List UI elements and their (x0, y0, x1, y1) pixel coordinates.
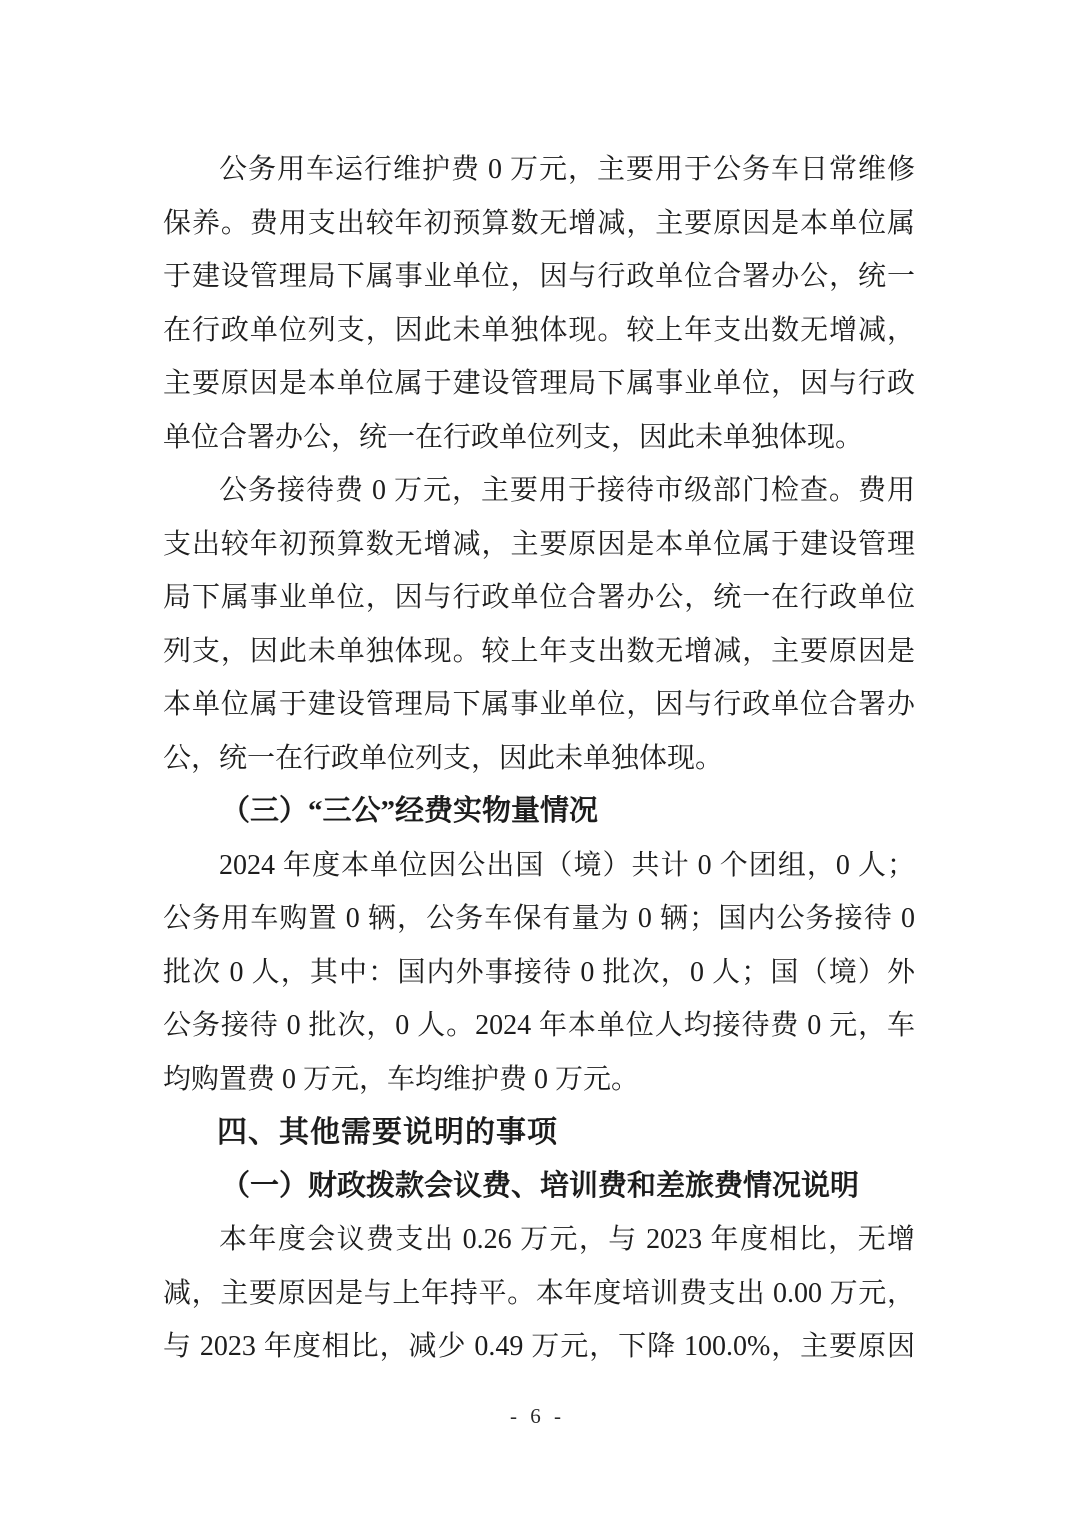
text-line: 本单位属于建设管理局下属事业单位，因与行政单位合署办 (163, 678, 915, 732)
text-line: 在行政单位列支，因此未单独体现。较上年支出数无增减， (163, 304, 915, 358)
document-page: 公务用车运行维护费 0 万元，主要用于公务车日常维修 保养。费用支出较年初预算数… (0, 0, 1075, 1520)
section-heading-meeting-training-travel-fees: （一）财政拨款会议费、培训费和差旅费情况说明 (163, 1160, 915, 1214)
text-line: 支出较年初预算数无增减，主要原因是本单位属于建设管理 (163, 518, 915, 572)
page-number: - 6 - (0, 1404, 1075, 1429)
text-line: 于建设管理局下属事业单位，因与行政单位合署办公，统一 (163, 250, 915, 304)
text-line: 单位合署办公，统一在行政单位列支，因此未单独体现。 (163, 411, 915, 465)
document-body: 公务用车运行维护费 0 万元，主要用于公务车日常维修 保养。费用支出较年初预算数… (163, 143, 915, 1374)
text-line: 与 2023 年度相比，减少 0.49 万元，下降 100.0%，主要原因 (163, 1320, 915, 1374)
text-line: 公，统一在行政单位列支，因此未单独体现。 (163, 732, 915, 786)
text-line: 公务用车购置 0 辆，公务车保有量为 0 辆；国内公务接待 0 (163, 892, 915, 946)
text-line: 本年度会议费支出 0.26 万元，与 2023 年度相比，无增 (163, 1213, 915, 1267)
section-heading-other-matters: 四、其他需要说明的事项 (163, 1106, 915, 1160)
text-line: 公务接待费 0 万元，主要用于接待市级部门检查。费用 (163, 464, 915, 518)
text-line: 减，主要原因是与上年持平。本年度培训费支出 0.00 万元， (163, 1267, 915, 1321)
text-line: 公务接待 0 批次，0 人。2024 年本单位人均接待费 0 元，车 (163, 999, 915, 1053)
text-line: 公务用车运行维护费 0 万元，主要用于公务车日常维修 (163, 143, 915, 197)
body-paragraph: 本年度会议费支出 0.26 万元，与 2023 年度相比，无增 减，主要原因是与… (163, 1213, 915, 1374)
text-line: 2024 年度本单位因公出国（境）共计 0 个团组，0 人； (163, 839, 915, 893)
text-line: 均购置费 0 万元，车均维护费 0 万元。 (163, 1053, 915, 1107)
text-line: 批次 0 人，其中：国内外事接待 0 批次，0 人；国（境）外 (163, 946, 915, 1000)
body-paragraph: 公务接待费 0 万元，主要用于接待市级部门检查。费用 支出较年初预算数无增减，主… (163, 464, 915, 785)
text-line: 保养。费用支出较年初预算数无增减，主要原因是本单位属 (163, 197, 915, 251)
text-line: 局下属事业单位，因与行政单位合署办公，统一在行政单位 (163, 571, 915, 625)
text-line: 列支，因此未单独体现。较上年支出数无增减，主要原因是 (163, 625, 915, 679)
text-line: 主要原因是本单位属于建设管理局下属事业单位，因与行政 (163, 357, 915, 411)
body-paragraph: 公务用车运行维护费 0 万元，主要用于公务车日常维修 保养。费用支出较年初预算数… (163, 143, 915, 464)
body-paragraph: 2024 年度本单位因公出国（境）共计 0 个团组，0 人； 公务用车购置 0 … (163, 839, 915, 1107)
section-heading-three-public-physical-quantities: （三）“三公”经费实物量情况 (163, 785, 915, 839)
